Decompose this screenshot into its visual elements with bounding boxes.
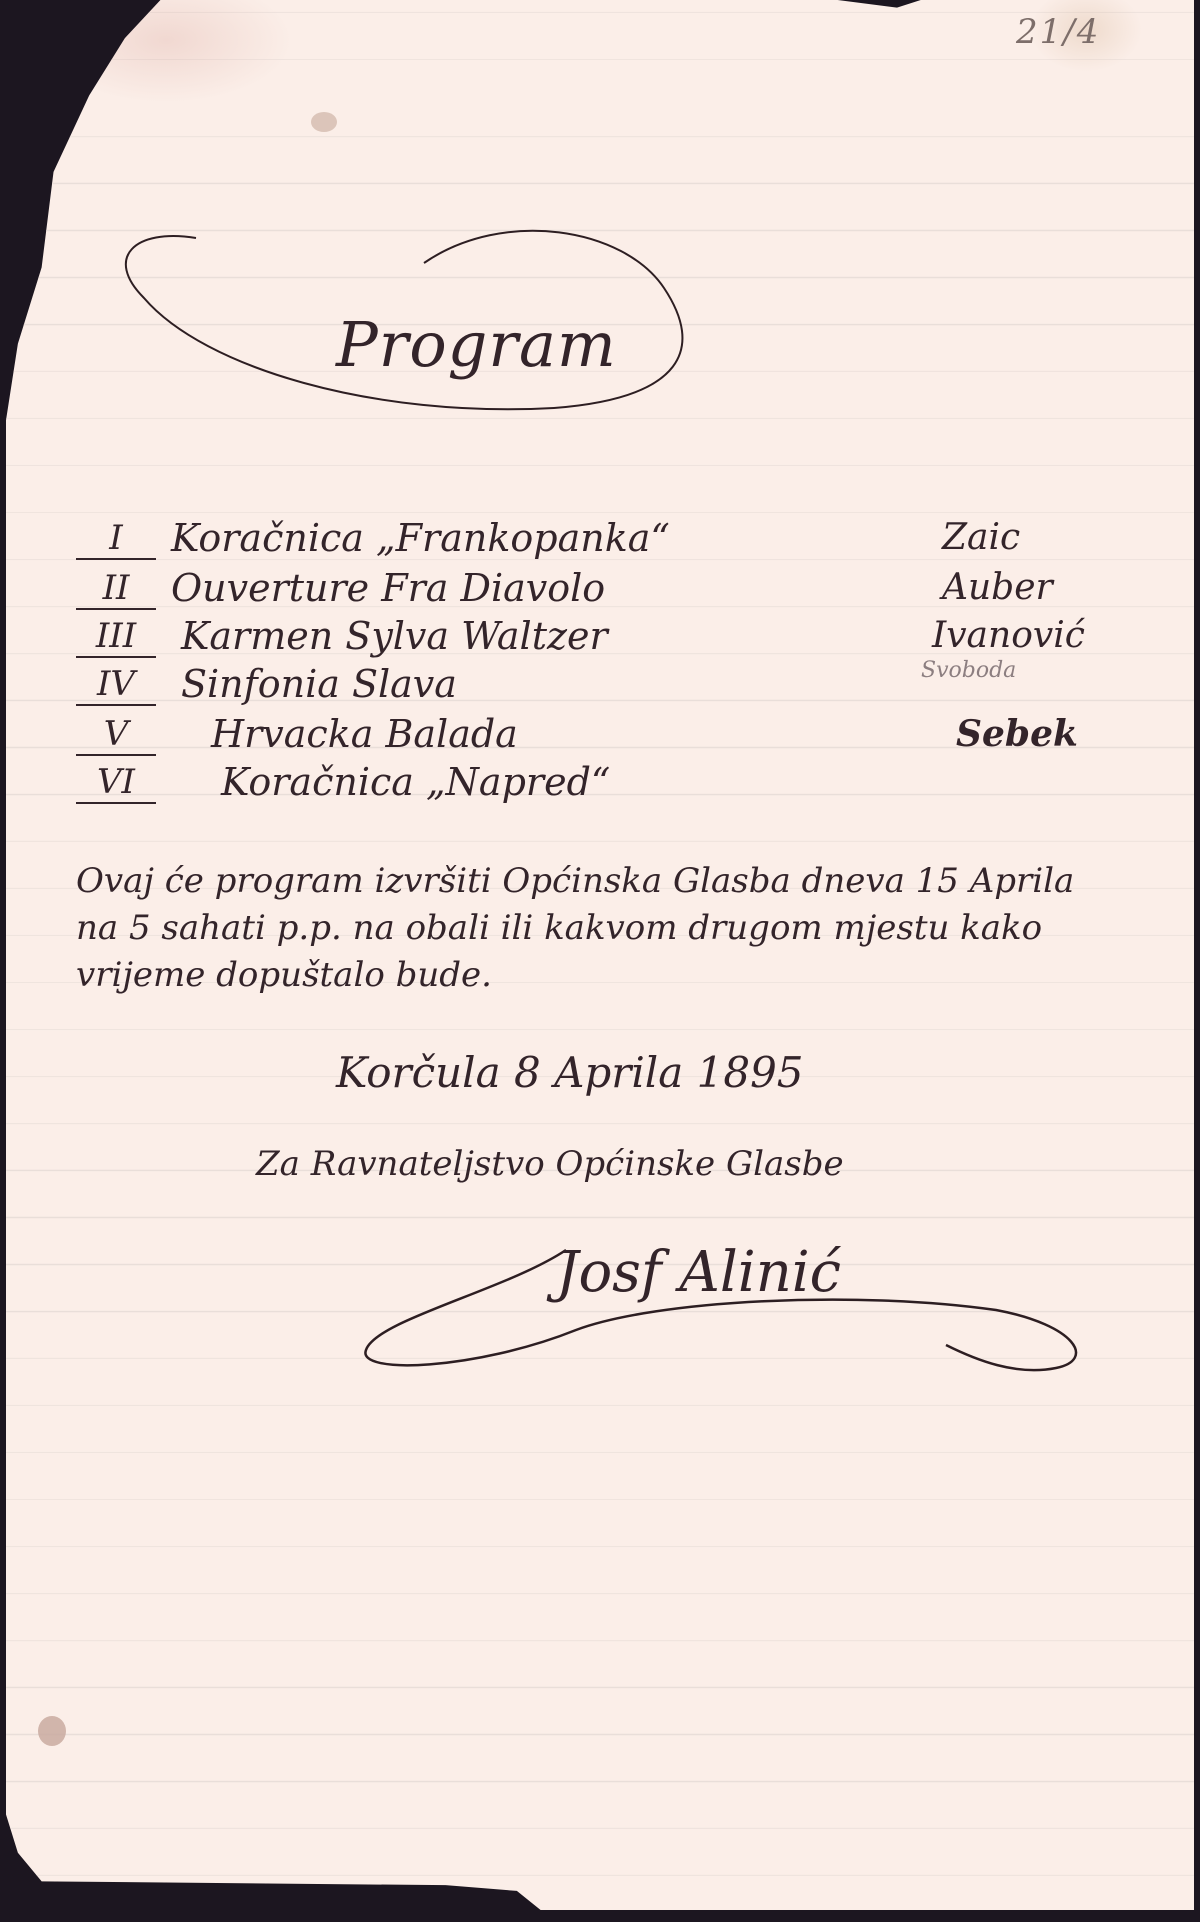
place-date: Korčula 8 Aprila 1895 [336, 1048, 804, 1097]
stain-mark [38, 1716, 66, 1746]
announcement-paragraph: Ovaj će program izvršiti Općinska Glasba… [76, 858, 1196, 999]
item-piece: Koračnica „Frankopanka“ [171, 518, 670, 558]
signature-block: Josf Alinić [356, 1200, 1096, 1380]
announcement-line: vrijeme dopuštalo bude. [76, 952, 1196, 999]
item-piece: Hrvacka Balada [211, 714, 518, 754]
announcement-line: Ovaj će program izvršiti Općinska Glasba… [76, 858, 1196, 905]
item-composer: Sebek [956, 714, 1078, 754]
item-pencil-note: Svoboda [921, 658, 1016, 683]
page-number: 21/4 [1016, 12, 1100, 52]
item-composer: Auber [942, 568, 1053, 608]
item-composer: Ivanović [932, 616, 1085, 656]
announcement-line: na 5 sahati p.p. na obali ili kakvom dru… [76, 905, 1196, 952]
item-numeral: II [76, 568, 156, 610]
program-item: I Koračnica „Frankopanka“ Zaic [76, 518, 1096, 562]
item-numeral: V [76, 714, 156, 756]
page-title: Program [336, 308, 617, 381]
item-piece: Karmen Sylva Waltzer [181, 616, 608, 656]
item-piece: Koračnica „Napred“ [221, 762, 610, 802]
stain-mark [311, 112, 337, 132]
issuer-line: Za Ravnateljstvo Općinske Glasbe [256, 1144, 844, 1184]
program-item: II Ouverture Fra Diavolo Auber [76, 568, 1096, 612]
item-numeral: III [76, 616, 156, 658]
item-numeral: I [76, 518, 156, 560]
item-piece: Sinfonia Slava [181, 664, 457, 704]
item-piece: Ouverture Fra Diavolo [171, 568, 605, 608]
signature: Josf Alinić [556, 1240, 841, 1305]
program-item: VI Koračnica „Napred“ [76, 762, 1096, 806]
item-composer: Zaic [942, 518, 1020, 558]
item-numeral: IV [76, 664, 156, 706]
title-flourish: Program [124, 218, 824, 458]
program-item: V Hrvacka Balada Sebek [76, 714, 1096, 758]
item-numeral: VI [76, 762, 156, 804]
program-item: IV Sinfonia Slava Svoboda [76, 664, 1096, 708]
program-item: III Karmen Sylva Waltzer Ivanović [76, 616, 1096, 660]
document-page: 21/4 Program I Koračnica „Frankopanka“ Z… [6, 0, 1194, 1910]
